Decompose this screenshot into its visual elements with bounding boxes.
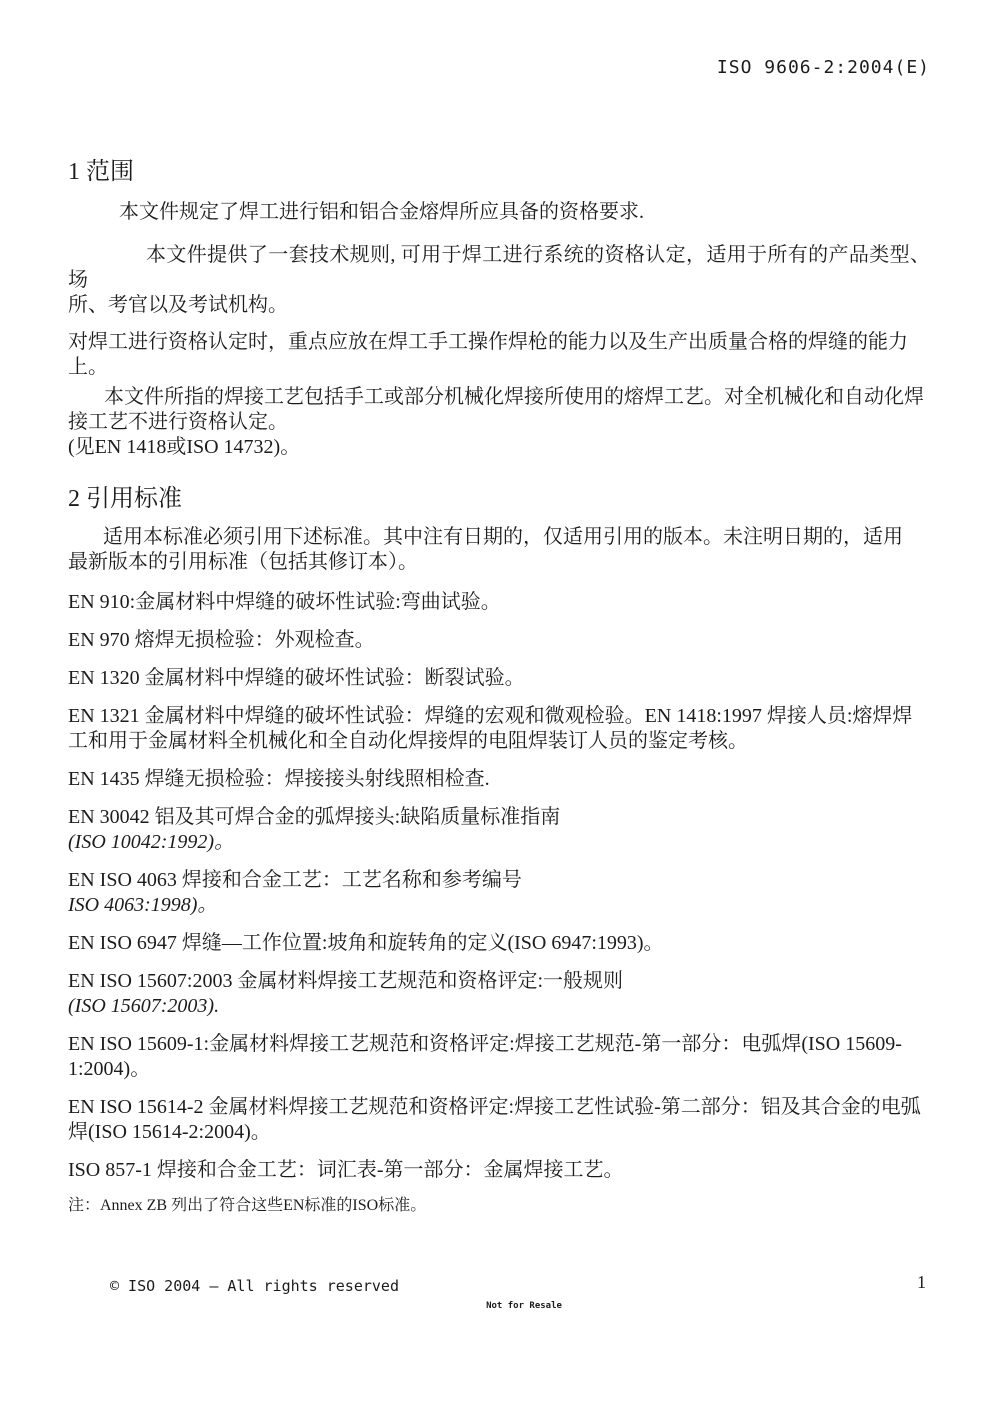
- reference-text: EN 1321 金属材料中焊缝的破坏性试验：焊缝的宏观和微观检验。EN 1418…: [68, 704, 930, 754]
- reference-text: EN 30042 铝及其可焊合金的弧焊接头:缺陷质量标准指南: [68, 805, 930, 830]
- reference-item: EN 1321 金属材料中焊缝的破坏性试验：焊缝的宏观和微观检验。EN 1418…: [68, 704, 930, 754]
- reference-item: EN 1320 金属材料中焊缝的破坏性试验：断裂试验。: [68, 666, 930, 691]
- section-1-paragraph-2: 本文件提供了一套技术规则, 可用于焊工进行系统的资格认定，适用于所有的产品类型、…: [68, 243, 930, 318]
- document-body: 1 范围 本文件规定了焊工进行铝和铝合金熔焊所应具备的资格要求. 本文件提供了一…: [0, 0, 992, 1216]
- reference-text: EN 1320 金属材料中焊缝的破坏性试验：断裂试验。: [68, 666, 930, 691]
- reference-text: EN ISO 15614-2 金属材料焊接工艺规范和资格评定:焊接工艺性试验-第…: [68, 1095, 930, 1145]
- reference-text: EN 1435 焊缝无损检验：焊接接头射线照相检查.: [68, 767, 930, 792]
- reference-item: EN ISO 15607:2003 金属材料焊接工艺规范和资格评定:一般规则 (…: [68, 969, 930, 1019]
- reference-text: EN ISO 15609-1:金属材料焊接工艺规范和资格评定:焊接工艺规范-第一…: [68, 1032, 930, 1082]
- reference-item: EN 910:金属材料中焊缝的破坏性试验:弯曲试验。: [68, 590, 930, 615]
- section-2-heading: 2 引用标准: [68, 485, 930, 513]
- page-number: 1: [917, 1270, 926, 1295]
- document-code: ISO 9606-2:2004(E): [717, 57, 930, 78]
- reference-text: EN ISO 4063 焊接和合金工艺：工艺名称和参考编号: [68, 868, 930, 893]
- reference-item: EN ISO 4063 焊接和合金工艺：工艺名称和参考编号 ISO 4063:1…: [68, 868, 930, 918]
- reference-item: EN 970 熔焊无损检验：外观检查。: [68, 628, 930, 653]
- reference-item: EN ISO 15614-2 金属材料焊接工艺规范和资格评定:焊接工艺性试验-第…: [68, 1095, 930, 1145]
- reference-text: EN 970 熔焊无损检验：外观检查。: [68, 628, 930, 653]
- reference-item: EN ISO 15609-1:金属材料焊接工艺规范和资格评定:焊接工艺规范-第一…: [68, 1032, 930, 1082]
- reference-item: EN ISO 6947 焊缝—工作位置:坡角和旋转角的定义(ISO 6947:1…: [68, 931, 930, 956]
- section-1-paragraph-3: 对焊工进行资格认定时，重点应放在焊工手工操作焊枪的能力以及生产出质量合格的焊缝的…: [68, 330, 930, 380]
- reference-item: EN 30042 铝及其可焊合金的弧焊接头:缺陷质量标准指南 (ISO 1004…: [68, 805, 930, 855]
- reference-text: EN ISO 15607:2003 金属材料焊接工艺规范和资格评定:一般规则: [68, 969, 930, 994]
- reference-item: ISO 857-1 焊接和合金工艺：词汇表-第一部分：金属焊接工艺。: [68, 1158, 930, 1183]
- not-for-resale-watermark: Not for Resale: [0, 1294, 992, 1319]
- section-1-paragraph-1: 本文件规定了焊工进行铝和铝合金熔焊所应具备的资格要求.: [68, 200, 930, 225]
- section-1-heading: 1 范围: [68, 158, 930, 186]
- reference-text: ISO 857-1 焊接和合金工艺：词汇表-第一部分：金属焊接工艺。: [68, 1158, 930, 1183]
- section-1-paragraph-4: 本文件所指的焊接工艺包括手工或部分机械化焊接所使用的熔焊工艺。对全机械化和自动化…: [68, 385, 930, 460]
- page-header: ISO 9606-2:2004(E): [717, 55, 930, 80]
- reference-iso-equivalent: (ISO 10042:1992)。: [68, 830, 930, 855]
- references-list: EN 910:金属材料中焊缝的破坏性试验:弯曲试验。 EN 970 熔焊无损检验…: [68, 590, 930, 1183]
- annex-note: 注：Annex ZB 列出了符合这些EN标准的ISO标准。: [68, 1196, 930, 1216]
- section-2-intro-paragraph: 适用本标准必须引用下述标准。其中注有日期的，仅适用引用的版本。未注明日期的，适用…: [68, 525, 930, 575]
- reference-iso-equivalent: ISO 4063:1998)。: [68, 893, 930, 918]
- reference-item: EN 1435 焊缝无损检验：焊接接头射线照相检查.: [68, 767, 930, 792]
- reference-text: EN ISO 6947 焊缝—工作位置:坡角和旋转角的定义(ISO 6947:1…: [68, 931, 930, 956]
- document-page: ISO 9606-2:2004(E) 1 范围 本文件规定了焊工进行铝和铝合金熔…: [0, 0, 992, 1403]
- reference-text: EN 910:金属材料中焊缝的破坏性试验:弯曲试验。: [68, 590, 930, 615]
- reference-iso-equivalent: (ISO 15607:2003).: [68, 994, 930, 1019]
